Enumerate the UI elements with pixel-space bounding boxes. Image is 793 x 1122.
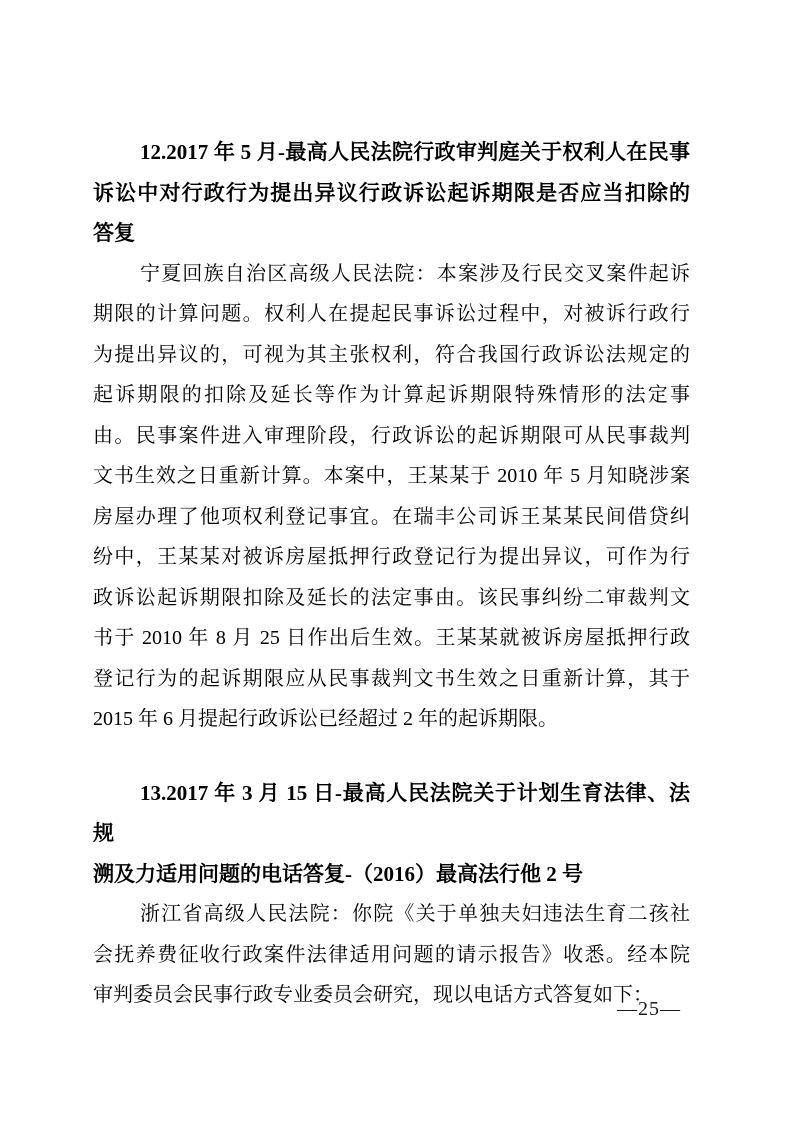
text-line: 纷中，王某某对被诉房屋抵押行政登记行为提出异议，可作为行 — [93, 537, 690, 578]
text-line: 起诉期限的扣除及延长等作为计算起诉期限特殊情形的法定事 — [93, 375, 690, 416]
section-12: 12.2017 年 5 月-最高人民法院行政审判庭关于权利人在民事 诉讼中对行政… — [93, 132, 690, 740]
heading-line: 诉讼中对行政行为提出异议行政诉讼起诉期限是否应当扣除的 — [93, 173, 690, 214]
heading-line: 13.2017 年 3 月 15 日-最高人民法院关于计划生育法律、法规 — [93, 773, 690, 854]
text-line: 浙江省高级人民法院：你院《关于单独夫妇违法生育二孩社 — [93, 894, 690, 935]
text-line: 登记行为的起诉期限应从民事裁判文书生效之日重新计算，其于 — [93, 659, 690, 700]
heading-line: 12.2017 年 5 月-最高人民法院行政审判庭关于权利人在民事 — [93, 132, 690, 173]
page-number: —25— — [617, 996, 681, 1022]
text-line: 期限的计算问题。权利人在提起民事诉讼过程中，对被诉行政行 — [93, 294, 690, 335]
text-line: 宁夏回族自治区高级人民法院：本案涉及行民交叉案件起诉 — [93, 254, 690, 295]
section-12-heading: 12.2017 年 5 月-最高人民法院行政审判庭关于权利人在民事 诉讼中对行政… — [93, 132, 690, 254]
text-line: 政诉讼起诉期限扣除及延长的法定事由。该民事纠纷二审裁判文 — [93, 578, 690, 619]
text-line: 文书生效之日重新计算。本案中，王某某于 2010 年 5 月知晓涉案 — [93, 456, 690, 497]
page-content: 12.2017 年 5 月-最高人民法院行政审判庭关于权利人在民事 诉讼中对行政… — [93, 132, 690, 1016]
section-12-paragraph: 宁夏回族自治区高级人民法院：本案涉及行民交叉案件起诉 期限的计算问题。权利人在提… — [93, 254, 690, 740]
section-13-heading: 13.2017 年 3 月 15 日-最高人民法院关于计划生育法律、法规 溯及力… — [93, 773, 690, 895]
text-line: 由。民事案件进入审理阶段，行政诉讼的起诉期限可从民事裁判 — [93, 416, 690, 457]
text-line: 为提出异议的，可视为其主张权利，符合我国行政诉讼法规定的 — [93, 335, 690, 376]
text-line: 会抚养费征收行政案件法律适用问题的请示报告》收悉。经本院 — [93, 935, 690, 976]
text-line: 房屋办理了他项权利登记事宜。在瑞丰公司诉王某某民间借贷纠 — [93, 497, 690, 538]
text-line: 书于 2010 年 8 月 25 日作出后生效。王某某就被诉房屋抵押行政 — [93, 618, 690, 659]
section-13: 13.2017 年 3 月 15 日-最高人民法院关于计划生育法律、法规 溯及力… — [93, 773, 690, 1016]
heading-line: 答复 — [93, 213, 690, 254]
document-page: 12.2017 年 5 月-最高人民法院行政审判庭关于权利人在民事 诉讼中对行政… — [0, 0, 793, 1122]
text-line: 2015 年 6 月提起行政诉讼已经超过 2 年的起诉期限。 — [93, 699, 690, 740]
text-line: 审判委员会民事行政专业委员会研究，现以电话方式答复如下： — [93, 975, 690, 1016]
section-13-paragraph: 浙江省高级人民法院：你院《关于单独夫妇违法生育二孩社 会抚养费征收行政案件法律适… — [93, 894, 690, 1016]
heading-line: 溯及力适用问题的电话答复-（2016）最高法行他 2 号 — [93, 854, 690, 895]
